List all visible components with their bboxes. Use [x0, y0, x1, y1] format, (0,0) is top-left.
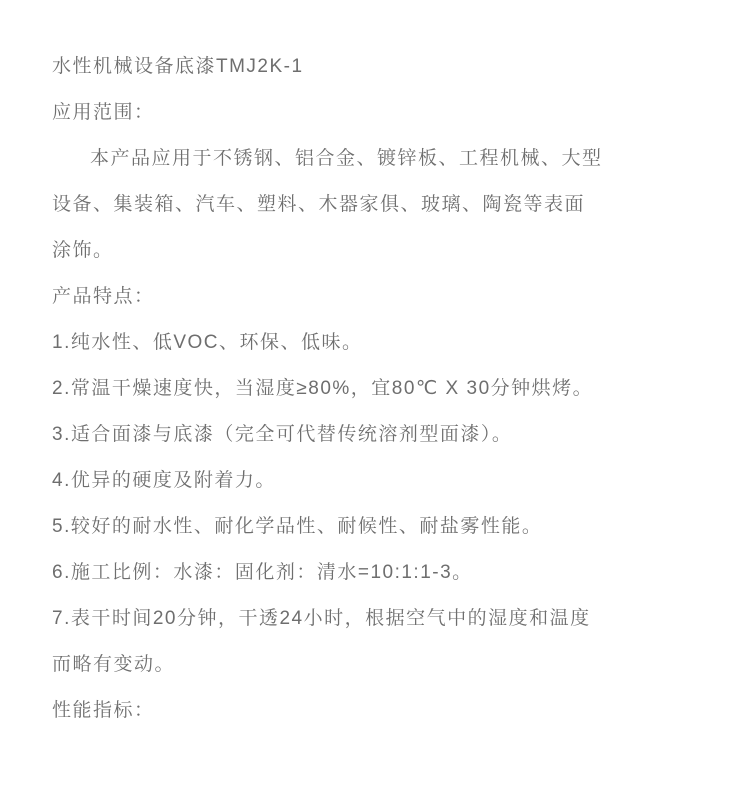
application-paragraph-line: 设备、集装箱、汽车、塑料、木器家俱、玻璃、陶瓷等表面: [52, 182, 698, 228]
feature-item-5: 5.较好的耐水性、耐化学品性、耐候性、耐盐雾性能。: [52, 504, 698, 550]
application-paragraph-line: 本产品应用于不锈钢、铝合金、镀锌板、工程机械、大型: [52, 136, 698, 182]
product-document: 水性机械设备底漆TMJ2K-1 应用范围： 本产品应用于不锈钢、铝合金、镀锌板、…: [0, 0, 750, 792]
section-heading-application: 应用范围：: [52, 90, 698, 136]
feature-item-1: 1.纯水性、低VOC、环保、低味。: [52, 320, 698, 366]
feature-item-6: 6.施工比例：水漆：固化剂：清水=10:1:1-3。: [52, 550, 698, 596]
section-heading-features: 产品特点：: [52, 274, 698, 320]
feature-item-7-line-1: 7.表干时间20分钟，干透24小时，根据空气中的湿度和温度: [52, 596, 698, 642]
feature-item-2: 2.常温干燥速度快，当湿度≥80%，宜80℃ X 30分钟烘烤。: [52, 366, 698, 412]
feature-item-7-line-2: 而略有变动。: [52, 642, 698, 688]
feature-item-4: 4.优异的硬度及附着力。: [52, 458, 698, 504]
page-title: 水性机械设备底漆TMJ2K-1: [52, 44, 698, 90]
application-paragraph-line: 涂饰。: [52, 228, 698, 274]
section-heading-performance: 性能指标：: [52, 688, 698, 734]
feature-item-3: 3.适合面漆与底漆（完全可代替传统溶剂型面漆）。: [52, 412, 698, 458]
